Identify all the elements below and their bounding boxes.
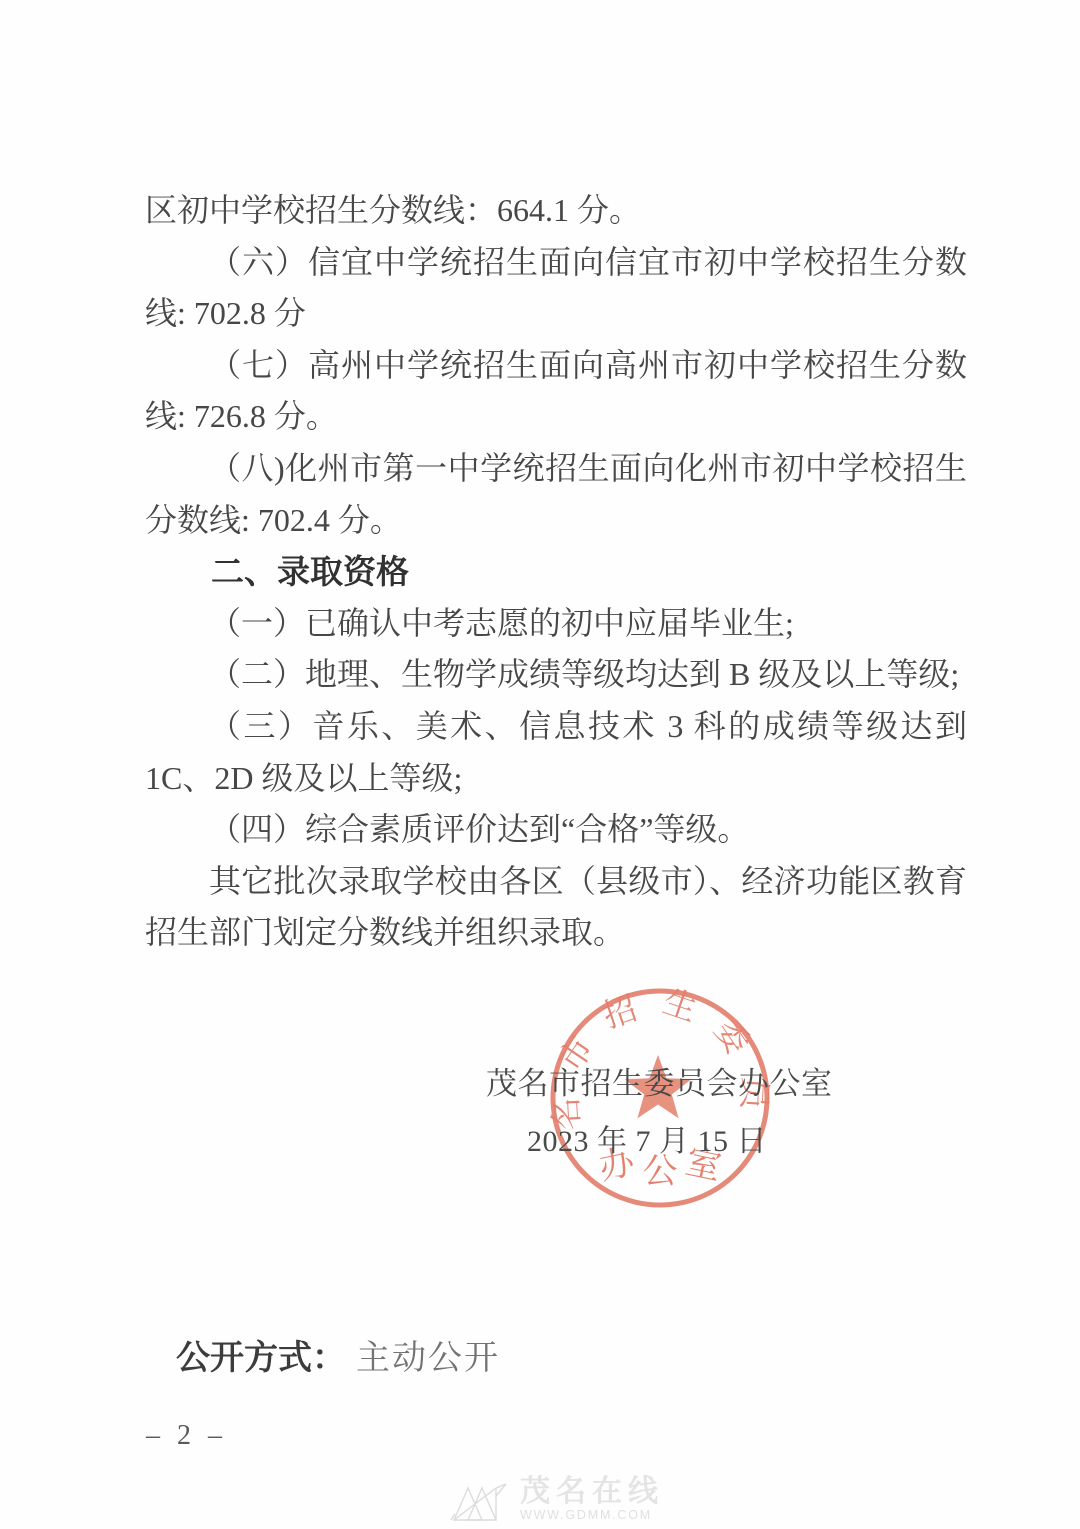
paragraph: 其它批次录取学校由各区（县级市）、经济功能区教育招生部门划定分数线并组织录取。 — [145, 856, 967, 959]
paragraph: （一）已确认中考志愿的初中应届毕业生; — [145, 598, 967, 650]
document-body: 区初中学校招生分数线：664.1 分。（六）信宜中学统招生面向信宜市初中学校招生… — [145, 185, 967, 959]
watermark-site-url: WWW.GDMM.COM — [520, 1508, 664, 1522]
paragraph: （七）高州中学统招生面向高州市初中学校招生分数线: 726.8 分。 — [145, 340, 967, 443]
page-number: – 2 – — [146, 1420, 225, 1452]
watermark-site-name: 茂名在线 — [520, 1476, 664, 1508]
watermark-logo-icon — [448, 1476, 508, 1524]
section-heading: 二、录取资格 — [145, 546, 967, 598]
paragraph: （二）地理、生物学成绩等级均达到 B 级及以上等级; — [145, 649, 967, 701]
signature-date: 2023 年 7 月 15 日 — [527, 1116, 767, 1160]
paragraph: 区初中学校招生分数线：664.1 分。 — [145, 185, 967, 237]
paragraph: （八)化州市第一中学统招生面向化州市初中学校招生分数线: 702.4 分。 — [145, 443, 967, 546]
signature-org: 茂名市招生委员会办公室 — [486, 1058, 833, 1103]
paragraph: （六）信宜中学统招生面向信宜市初中学校招生分数线: 702.8 分 — [145, 237, 967, 340]
site-watermark: 茂名在线 WWW.GDMM.COM — [448, 1476, 664, 1524]
paragraph: （四）综合素质评价达到“合格”等级。 — [145, 804, 967, 856]
document-page: 区初中学校招生分数线：664.1 分。（六）信宜中学统招生面向信宜市初中学校招生… — [0, 0, 1080, 1529]
paragraph: （三）音乐、美术、信息技术 3 科的成绩等级达到 1C、2D 级及以上等级; — [145, 701, 967, 804]
publicity-value: 主动公开 — [356, 1340, 500, 1377]
publicity-line: 公开方式：主动公开 — [176, 1330, 500, 1379]
publicity-label: 公开方式： — [176, 1339, 346, 1377]
